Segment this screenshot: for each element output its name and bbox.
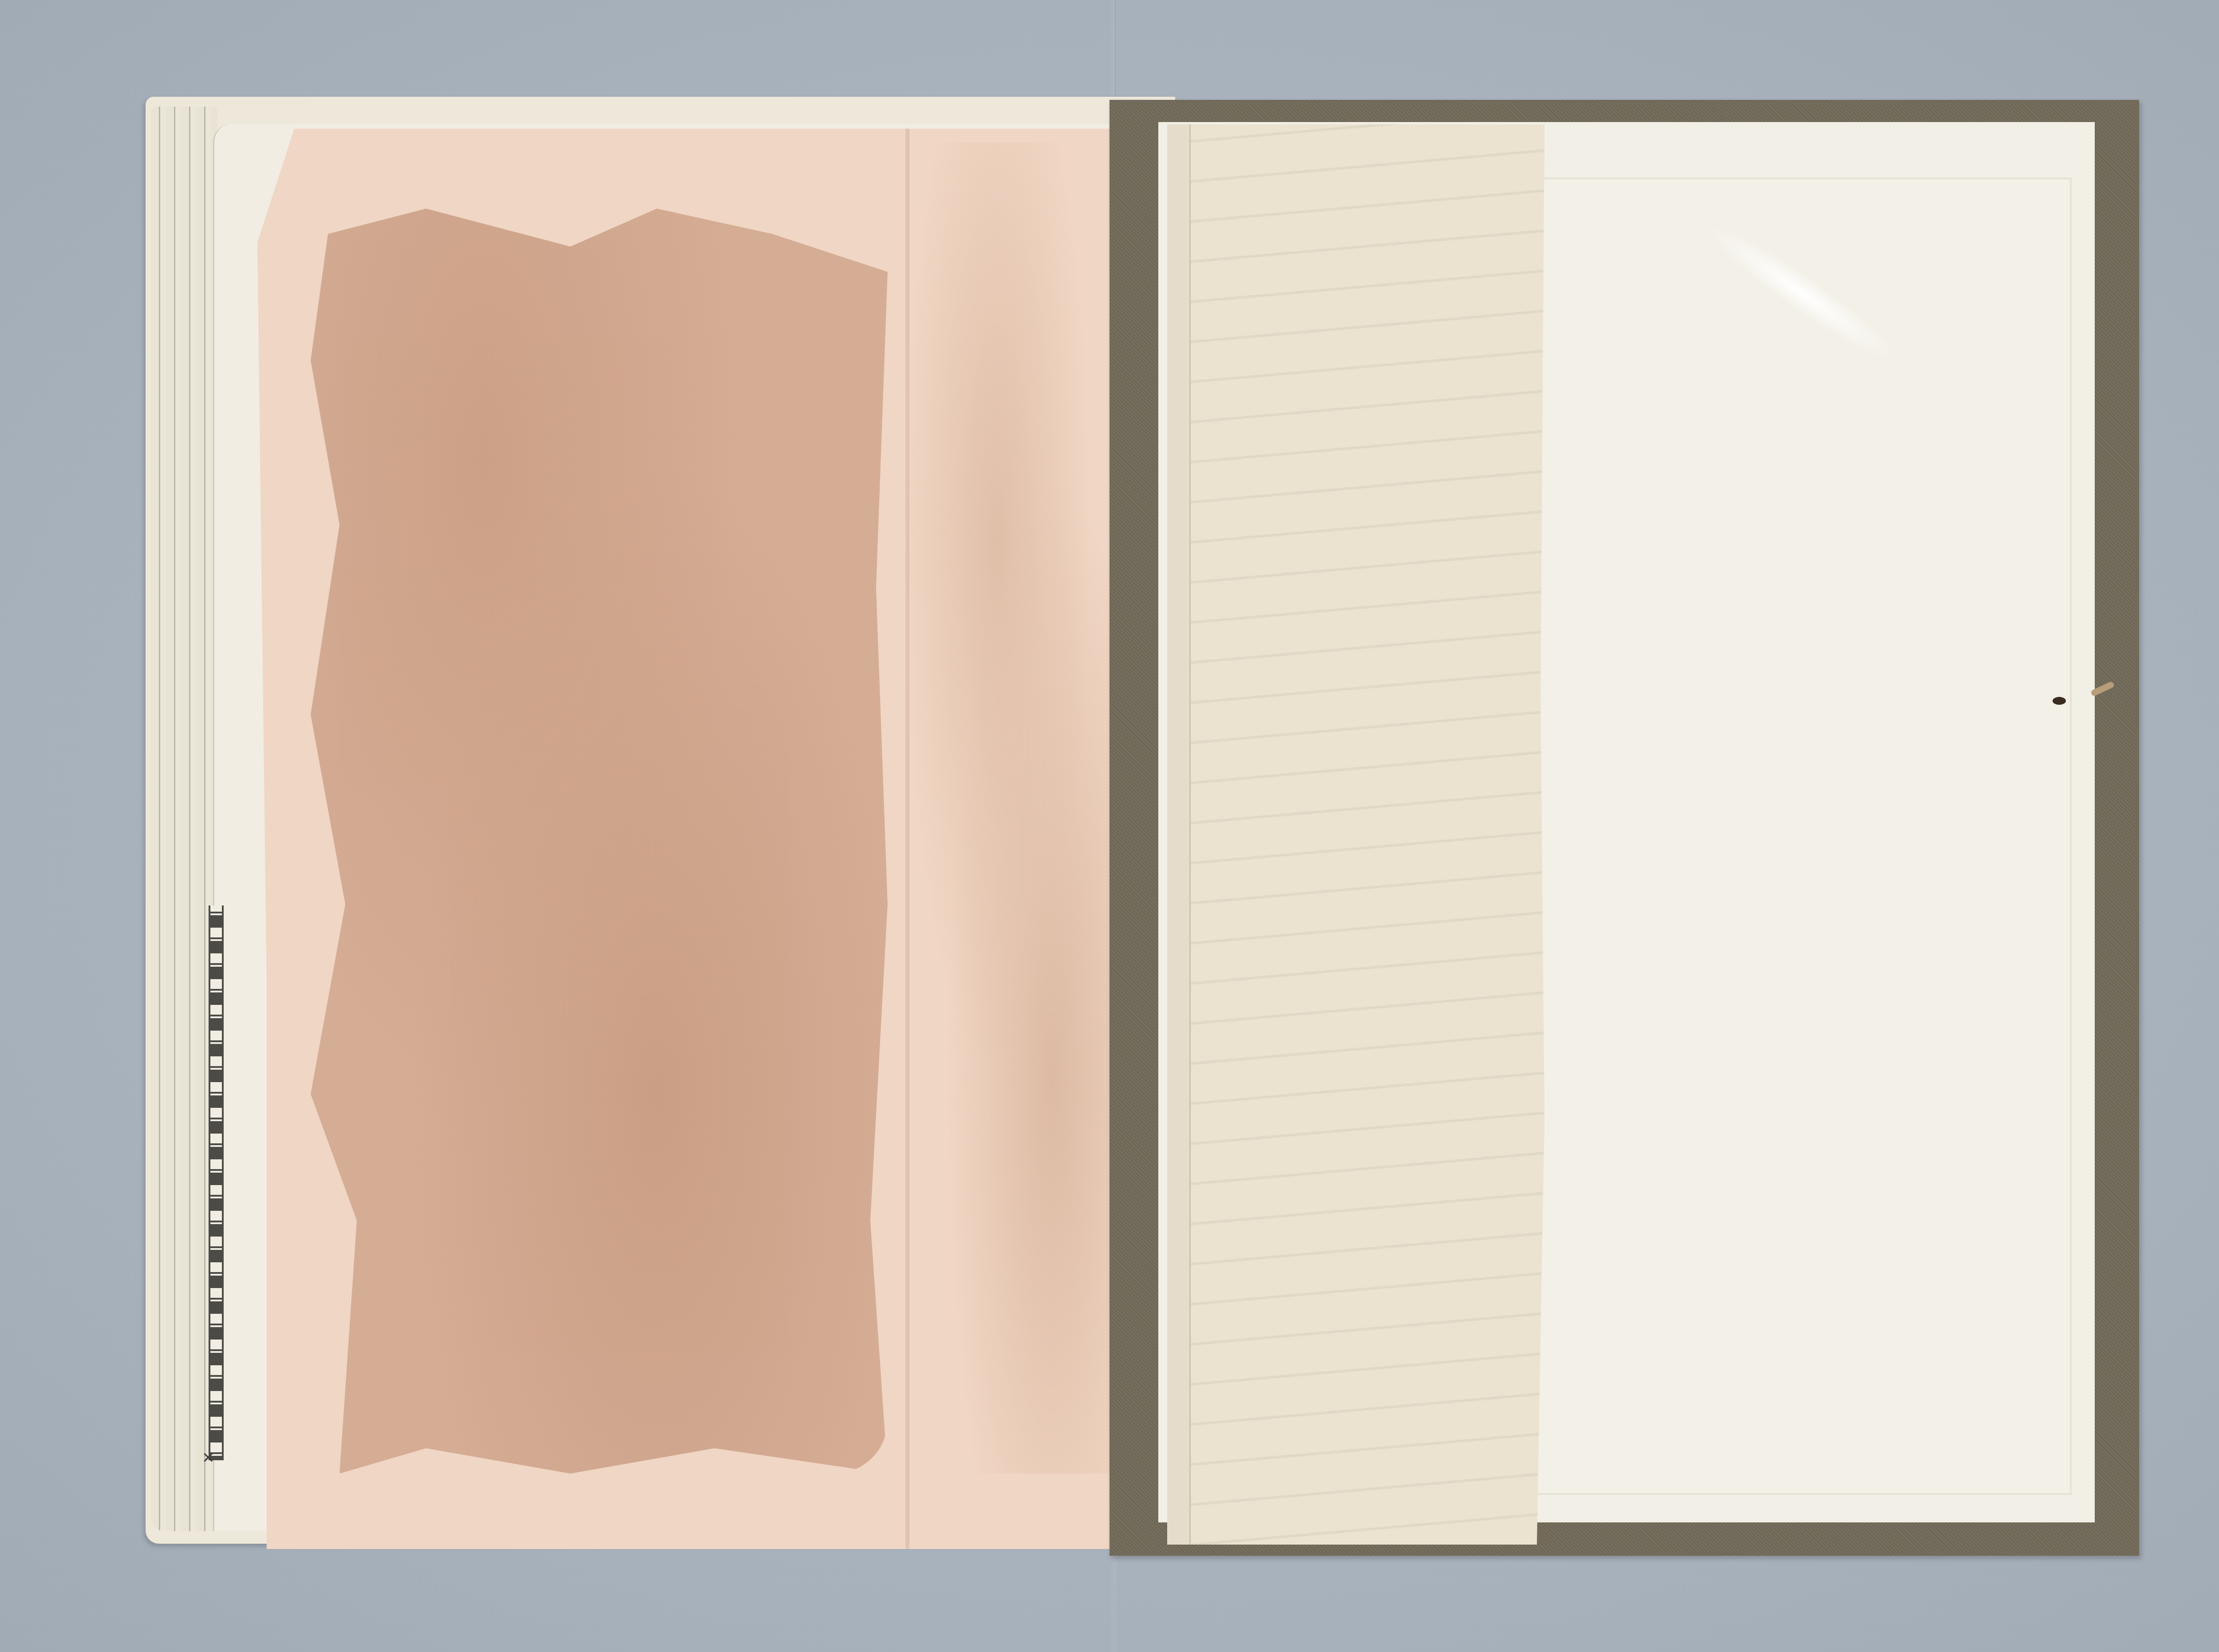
worm-hole <box>2053 697 2066 705</box>
page-edges <box>151 107 217 1531</box>
greek-key-border <box>209 905 224 1460</box>
pastedown-panel <box>1527 178 2072 1495</box>
page-fold-line <box>905 129 908 1549</box>
border-corner-ornament-icon: ✕ <box>202 1451 224 1465</box>
water-stain <box>311 209 888 1474</box>
tissue-guard-strip <box>1167 124 1544 1545</box>
tissue-hinge <box>1167 124 1191 1545</box>
background-seam <box>1115 0 1116 102</box>
